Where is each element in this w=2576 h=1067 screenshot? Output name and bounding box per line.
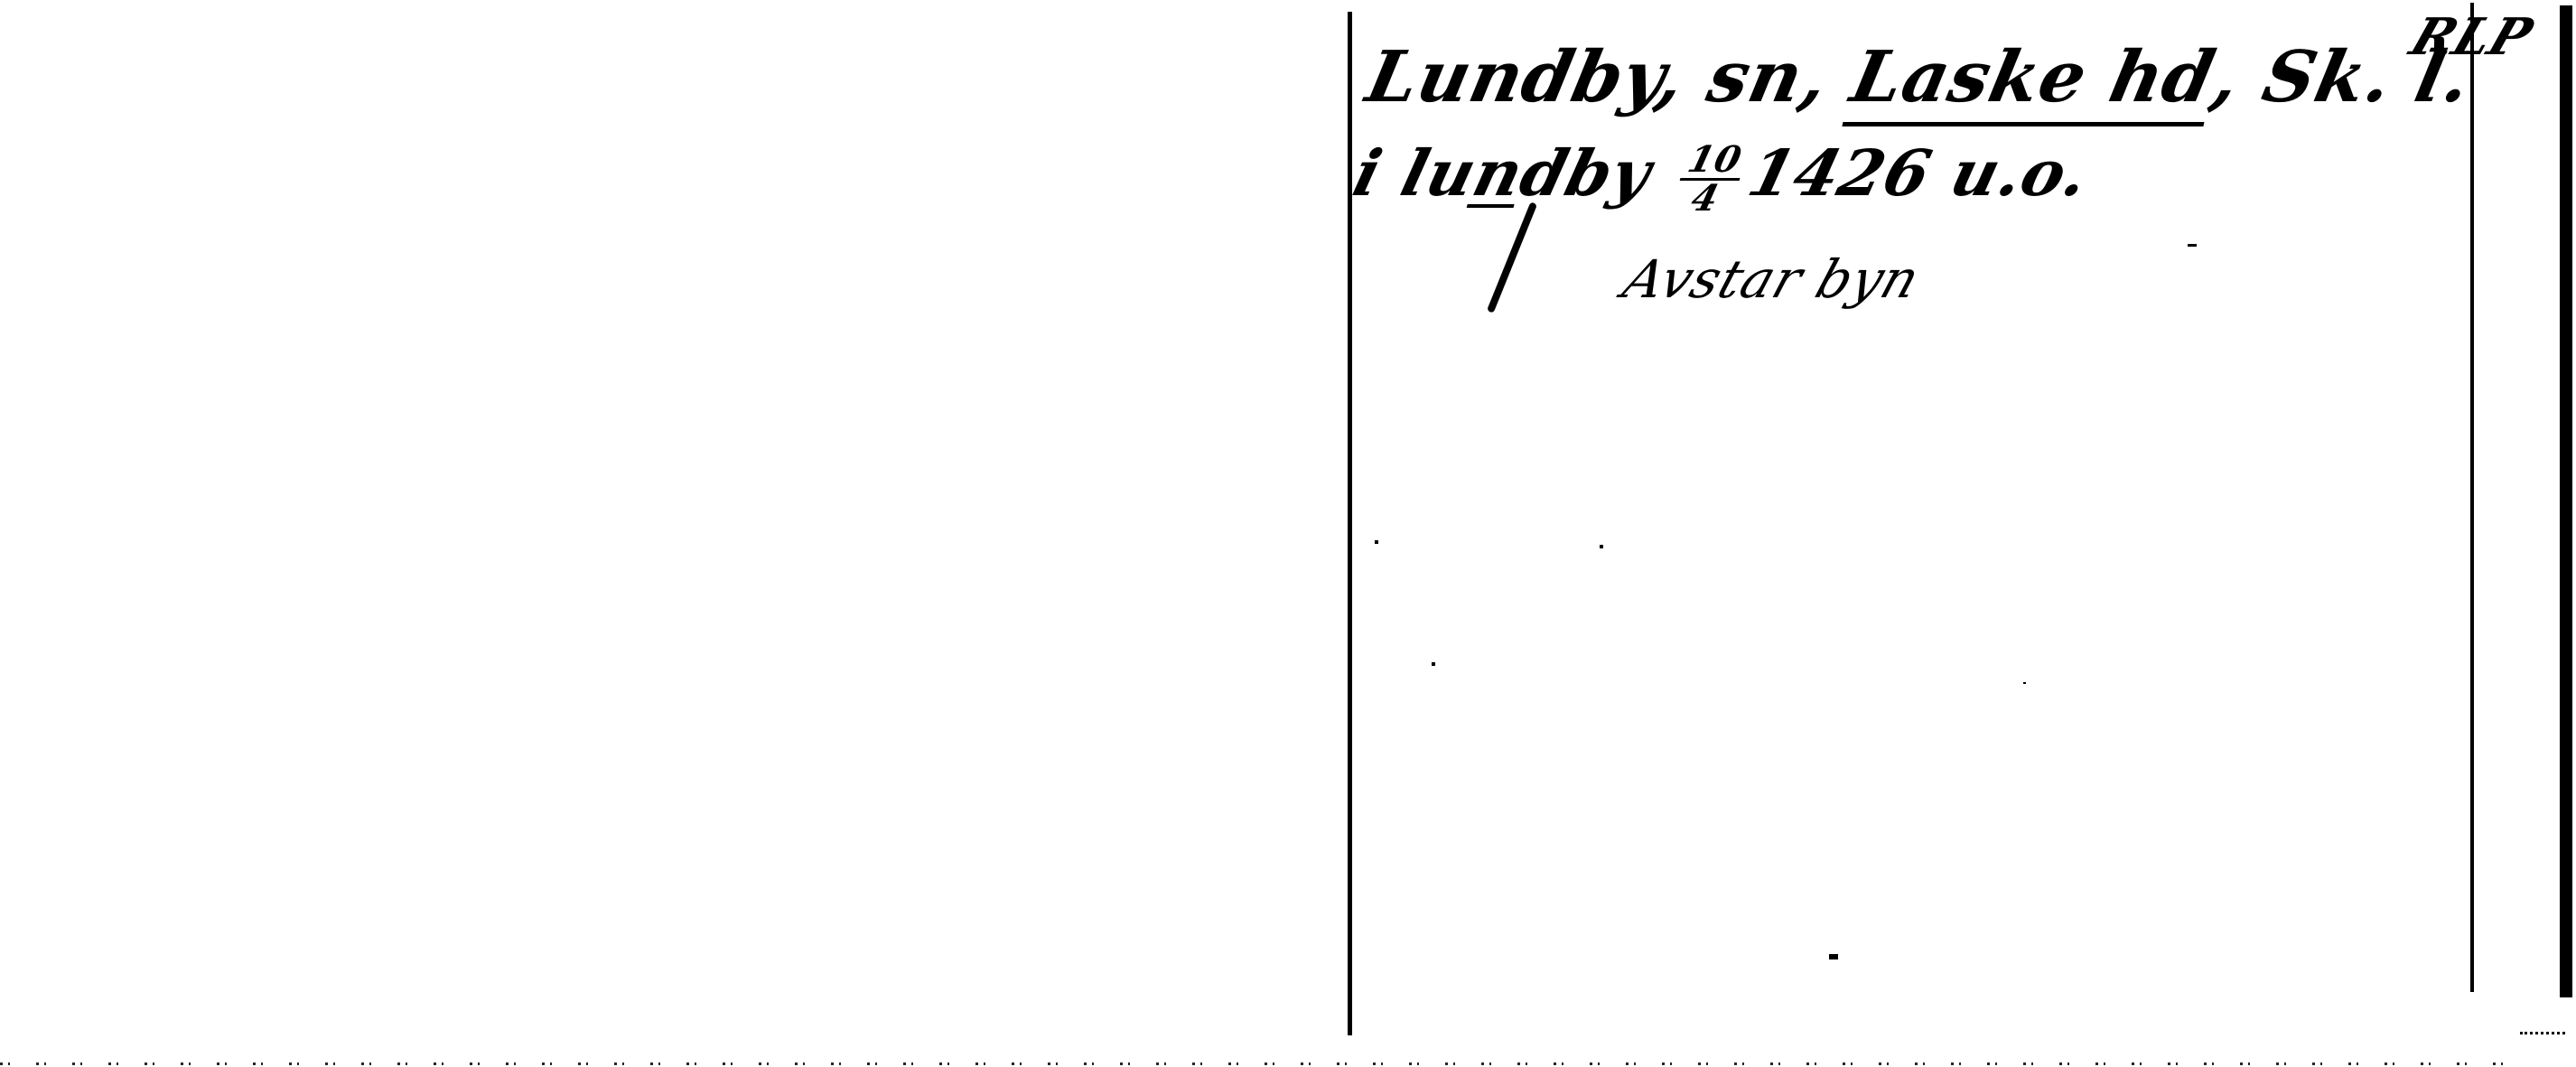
card-corner-edge xyxy=(2520,1028,2565,1034)
stray-mark xyxy=(2188,244,2197,247)
speck-mark xyxy=(1375,540,1378,544)
card-left-rule xyxy=(1348,12,1352,1035)
date-month: 4 xyxy=(1671,181,1740,217)
parish-name: Lundby, sn, xyxy=(1359,36,1862,118)
card-right-edge xyxy=(2560,5,2572,997)
speck-mark xyxy=(1432,662,1435,666)
source-abbrev: u.o. xyxy=(1944,136,2097,211)
scan-noise-strip xyxy=(0,1062,2529,1065)
district-name: Laske hd xyxy=(1843,36,2223,126)
card-date-line: i lundby 10 4 1426 u.o. xyxy=(1345,136,2097,217)
card-note-line: Avstar byn xyxy=(1616,248,1927,310)
place-word-end: dby xyxy=(1513,136,1659,211)
date-day: 10 xyxy=(1680,142,1749,181)
date-fraction: 10 4 xyxy=(1671,142,1749,217)
speck-mark xyxy=(1829,954,1838,959)
archivist-initials: RLP xyxy=(2403,7,2540,67)
speck-mark xyxy=(1600,545,1603,548)
card-right-rule xyxy=(2470,3,2474,992)
pen-flourish-stroke xyxy=(1487,201,1537,314)
speck-mark xyxy=(2023,682,2026,684)
card-heading-line: Lundby, sn, Laske hd, Sk. l. xyxy=(1359,36,2478,118)
date-year: 1426 xyxy=(1741,136,1939,211)
